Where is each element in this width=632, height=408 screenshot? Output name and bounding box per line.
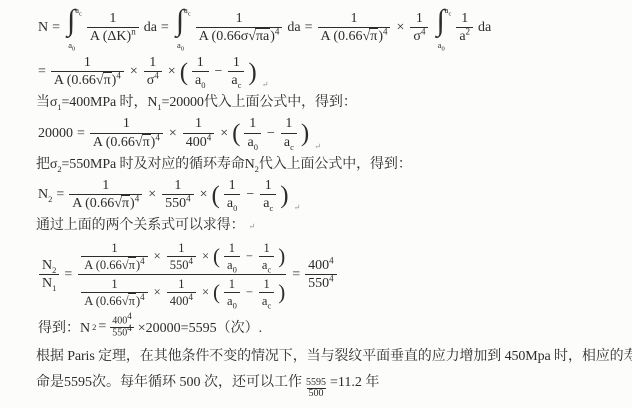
symbol-N: N: [42, 276, 52, 291]
exponent-4: 4: [140, 256, 145, 266]
numerator: 1: [99, 178, 112, 194]
denominator: a0: [224, 194, 240, 212]
fraction-one-over-A066pi: 1 A (0.66√π)4: [69, 178, 142, 212]
den-prefix: A (0.66: [84, 258, 122, 272]
text-line-sigma1: 当σ1=400MPa 时，N1=20000代入上面公式中，得到：: [36, 93, 630, 113]
fraction-400e4-over-550e4: 4004 5504: [305, 258, 337, 292]
denominator: ac: [228, 71, 244, 89]
fraction-one-over-sigma4: 1 σ4: [144, 55, 162, 89]
exponent-4: 4: [329, 255, 334, 265]
close-paren: ): [278, 246, 285, 267]
close-paren: ): [248, 60, 256, 85]
close-paren: ): [280, 183, 288, 208]
paragraph-mark: ↵: [249, 222, 256, 231]
fraction-N2-over-N1: N2 N1: [39, 258, 59, 292]
sub-0: 0: [201, 80, 205, 90]
denominator: 5504: [162, 194, 194, 212]
text-line-relation: 通过上面的两个关系式可以求得：↵: [36, 216, 630, 236]
radicand: π: [128, 293, 136, 308]
radicand: π: [142, 134, 151, 150]
big-numerator: 1 A (0.66√π)4 × 1 5504 × ( 1 a0 −: [78, 241, 286, 272]
exponent-n: n: [131, 26, 136, 36]
exponent-4: 4: [275, 26, 280, 36]
times-sign: ×: [200, 187, 208, 203]
differential-da: da: [144, 20, 157, 36]
equation-line-4: N2 = 1 A (0.66√π)4 × 1 5504 × ( 1 a0 − 1…: [36, 178, 630, 212]
text-line-sigma2: 把σ2=550MPa 时及对应的循环寿命N2代入上面公式中，得到：: [36, 155, 630, 175]
lower-bound: a0: [68, 41, 82, 50]
close-paren: ): [278, 282, 285, 303]
den-text: A (ΔK): [90, 29, 131, 44]
equals-sign: =: [98, 319, 106, 335]
integral: ∫ ac a0: [436, 6, 451, 50]
fraction-one-over-550e4: 1 5504: [162, 178, 194, 212]
minus-sign: −: [267, 126, 275, 142]
fraction-one-over-A066pi: 1 A (0.66√π)4: [51, 55, 124, 89]
value-400: 400: [186, 135, 207, 150]
denominator: 5504: [305, 274, 337, 292]
text-part: 把σ: [36, 157, 57, 172]
equation-line-6: 得到：N2 = 4004 5504 ×20000=5595（次）.: [36, 316, 630, 339]
equals-sign: =: [56, 187, 64, 203]
upper-bound: ac: [75, 6, 82, 15]
denominator: A (ΔK)n: [87, 27, 139, 45]
exponent-4: 4: [186, 193, 191, 203]
text-line-years: 命是5595次。每年循环 500 次，还可以工作 5595 500 =11.2 …: [36, 370, 630, 392]
big-denominator: 1 A (0.66√π)4 × 1 4004 × ( 1 a0 −: [78, 274, 286, 308]
integral: ∫ ac a0: [176, 6, 191, 50]
times-sign: ×: [220, 126, 228, 142]
fraction-one-over-AdK: 1 A (ΔK)n: [87, 11, 139, 45]
denominator: A (0.66√π)4: [90, 133, 163, 151]
fraction-one-over-A066pi: 1 A (0.66√π)4: [81, 241, 147, 272]
denominator: 4004: [183, 133, 215, 151]
fraction-one-over-a0: 1 a0: [192, 55, 208, 89]
integral-bounds: ac a0: [75, 6, 82, 50]
numerator: 1: [108, 241, 120, 255]
sub-0: 0: [233, 203, 237, 213]
sub-c: c: [269, 203, 273, 213]
exponent-4: 4: [188, 291, 193, 301]
exponent-2: 2: [466, 26, 471, 36]
bound-sub: 0: [181, 46, 184, 53]
sub-c: c: [238, 80, 242, 90]
text-part: =400MPa 时，N: [62, 95, 158, 110]
lower-bound: a0: [438, 41, 452, 50]
value-400: 400: [112, 315, 127, 326]
bound-sub: 0: [441, 46, 444, 53]
bound-sub: c: [448, 11, 451, 18]
value-550: 550: [170, 258, 189, 272]
value-550: 550: [165, 196, 186, 211]
fraction-one-over-400e4: 1 4004: [183, 116, 215, 150]
differential-da: da: [478, 20, 491, 36]
exponent-4: 4: [207, 132, 212, 142]
fraction-one-over-ac: 1 ac: [281, 116, 297, 150]
numerator: 1: [226, 178, 239, 194]
symbol-N: N: [38, 20, 48, 36]
minus-sign: −: [246, 249, 253, 264]
paragraph-mark: ↵: [262, 80, 269, 89]
exponent-4: 4: [329, 273, 334, 283]
paren-difference: ( 1 a0 − 1 ac ): [211, 178, 290, 212]
equals-sign: =: [64, 267, 72, 283]
big-ratio-fraction: 1 A (0.66√π)4 × 1 5504 × ( 1 a0 −: [78, 241, 286, 308]
symbol-N: N: [38, 187, 48, 202]
times-sign: ×: [168, 64, 176, 80]
fraction-one-over-sigma4: 1 σ4: [410, 11, 428, 45]
fraction-one-over-A066pi: 1 A (0.66√π)4: [90, 116, 163, 150]
numerator: 1: [262, 178, 275, 194]
denominator: N1: [39, 274, 59, 292]
upper-bound: ac: [184, 6, 191, 15]
times-sign: ×: [154, 285, 161, 300]
den-prefix: A (0.66: [54, 73, 96, 88]
fraction-one-over-A066pi: 1 A (0.66√π)4: [318, 11, 391, 45]
symbol-N: N: [42, 258, 52, 273]
text-part: 通过上面的两个关系式可以求得：: [36, 218, 245, 233]
denominator: A (0.66√π)4: [318, 27, 391, 45]
fraction-5595-over-500: 5595 500: [304, 378, 328, 400]
equation-line-3: 20000 = 1 A (0.66√π)4 × 1 4004 × ( 1 a0 …: [36, 116, 630, 150]
numerator: 1: [348, 11, 361, 27]
text-part: =11.2 年: [330, 371, 379, 391]
den-prefix: A (0.66: [93, 135, 135, 150]
fraction-one-over-ac: 1 ac: [259, 241, 274, 272]
bound-sub: 0: [72, 46, 75, 53]
denominator: σ4: [144, 71, 162, 89]
denominator: A (0.66√π)4: [51, 71, 124, 89]
text-part: 得到：N: [38, 317, 90, 337]
numerator: 1: [246, 116, 259, 132]
denominator: a2: [456, 27, 473, 45]
fraction-one-over-A066sigma: 1 A (0.66σ√πa)4: [196, 11, 283, 45]
exponent-4: 4: [421, 26, 426, 36]
times-sign: ×: [202, 285, 209, 300]
numerator: N2: [39, 258, 59, 274]
denominator: ac: [260, 194, 276, 212]
denominator: 4004: [167, 292, 196, 308]
radicand: π: [128, 257, 136, 272]
minus-sign: −: [246, 187, 254, 203]
value-550: 550: [112, 327, 127, 338]
denominator: a0: [192, 71, 208, 89]
numerator: 5595: [304, 378, 328, 389]
times-sign: ×: [154, 249, 161, 264]
fraction-one-over-A066pi: 1 A (0.66√π)4: [81, 277, 147, 308]
equation-line-2: = 1 A (0.66√π)4 × 1 σ4 × ( 1 a0 − 1 ac )…: [36, 55, 630, 89]
denominator: 5504: [110, 327, 134, 339]
exponent-4: 4: [154, 70, 159, 80]
numerator: 1: [260, 277, 272, 291]
open-paren: (: [180, 60, 188, 85]
fraction-one-over-a0: 1 a0: [244, 116, 260, 150]
exponent-4: 4: [140, 291, 145, 301]
denominator: ac: [281, 133, 297, 151]
radicand: π: [121, 195, 130, 211]
lower-bound: a0: [177, 41, 191, 50]
open-paren: (: [213, 246, 220, 267]
equation-line-5: N2 N1 = 1 A (0.66√π)4 × 1 5504 × ( 1: [36, 241, 630, 308]
numerator: 1: [106, 11, 119, 27]
fraction-one-over-a2: 1 a2: [456, 11, 473, 45]
numerator: 1: [108, 277, 120, 291]
sigma-symbol: σ: [413, 29, 421, 44]
value-400: 400: [170, 294, 189, 308]
numerator: 1: [194, 55, 207, 71]
fraction-one-over-ac: 1 ac: [228, 55, 244, 89]
text-part: 当σ: [36, 95, 57, 110]
text-line-paris: 根据 Paris 定理，在其他条件不变的情况下，当与裂纹平面垂直的应力增加到 4…: [36, 347, 630, 367]
paragraph-mark: ↵: [294, 203, 301, 212]
denominator: σ4: [410, 27, 428, 45]
fraction-400e4-over-550e4-small: 4004 5504: [110, 316, 134, 339]
numerator: 1: [81, 55, 94, 71]
denominator: 5504: [167, 256, 196, 272]
equals-sign: =: [292, 267, 300, 283]
exponent-4: 4: [135, 193, 140, 203]
open-paren: (: [213, 282, 220, 303]
sub-0: 0: [254, 141, 258, 151]
fraction-one-over-ac: 1 ac: [259, 277, 274, 308]
paren-difference: ( 1 a0 − 1 ac ): [212, 241, 286, 272]
equals-sign: =: [305, 20, 313, 36]
denominator: a0: [244, 133, 260, 151]
numerator: 1: [171, 178, 184, 194]
upper-bound: ac: [445, 6, 452, 15]
numerator: 1: [226, 241, 238, 255]
close-paren: ): [301, 121, 309, 146]
numerator: 1: [146, 55, 159, 71]
fraction-one-over-550e4: 1 5504: [167, 241, 196, 272]
den-prefix: A (0.66: [84, 294, 122, 308]
value-400: 400: [308, 258, 329, 273]
result-text: ×20000=5595（次）.: [138, 317, 262, 337]
equals-sign: =: [52, 20, 60, 36]
minus-sign: −: [215, 64, 223, 80]
times-sign: ×: [169, 126, 177, 142]
sub-c: c: [267, 264, 271, 274]
symbol-N2: N2: [38, 187, 52, 203]
exponent-4: 4: [127, 311, 132, 321]
text-part: 代入上面公式中，得到：: [259, 157, 412, 172]
numerator: 1: [175, 277, 187, 291]
value-550: 550: [308, 276, 329, 291]
sub-1: 1: [52, 283, 56, 293]
bound-sub: c: [188, 11, 191, 18]
exponent-4: 4: [188, 256, 193, 266]
sub-c: c: [290, 141, 294, 151]
numerator: 1: [260, 241, 272, 255]
denominator: a0: [224, 256, 240, 272]
numerator: 1: [226, 277, 238, 291]
numerator: 1: [282, 116, 295, 132]
den-prefix: A (0.66σ: [199, 29, 249, 44]
denominator: a0: [224, 292, 240, 308]
minus-sign: −: [246, 285, 253, 300]
times-sign: ×: [130, 64, 138, 80]
times-sign: ×: [148, 187, 156, 203]
paren-difference: ( 1 a0 − 1 ac ): [179, 55, 258, 89]
value-20000: 20000: [38, 126, 73, 142]
text-part: 命是5595次。每年循环 500 次，还可以工作: [36, 371, 302, 391]
denominator: A (0.66√π)4: [81, 292, 147, 308]
denominator: A (0.66√π)4: [69, 194, 142, 212]
text-part: =20000代入上面公式中，得到：: [162, 95, 357, 110]
exponent-4: 4: [116, 70, 121, 80]
exponent-4: 4: [383, 26, 388, 36]
open-paren: (: [232, 121, 240, 146]
numerator: 1: [175, 241, 187, 255]
equals-sign: =: [77, 126, 85, 142]
text-part: 根据 Paris 定理，在其他条件不变的情况下，当与裂纹平面垂直的应力增加到 4…: [36, 349, 632, 364]
integral-bounds: ac a0: [445, 6, 452, 50]
sub-2: 2: [48, 194, 52, 204]
fraction-one-over-a0: 1 a0: [224, 277, 240, 308]
denominator: A (0.66σ√πa)4: [196, 27, 283, 45]
open-paren: (: [212, 183, 220, 208]
numerator: 1: [458, 11, 471, 27]
fraction-one-over-a0: 1 a0: [224, 178, 240, 212]
equals-sign: =: [161, 20, 169, 36]
sub-0: 0: [233, 264, 237, 274]
radicand: π: [369, 28, 378, 44]
fraction-one-over-ac: 1 ac: [260, 178, 276, 212]
denominator: 500: [307, 388, 326, 400]
sub-c: c: [267, 300, 271, 310]
text-part: =550MPa 时及对应的循环寿命N: [62, 157, 255, 172]
denominator: ac: [259, 292, 274, 308]
numerator: 1: [230, 55, 243, 71]
exponent-4: 4: [155, 132, 160, 142]
paren-difference: ( 1 a0 − 1 ac ): [212, 277, 286, 308]
fraction-one-over-a0: 1 a0: [224, 241, 240, 272]
sub-0: 0: [233, 300, 237, 310]
radicand: πa: [255, 28, 270, 44]
exponent-4: 4: [127, 323, 132, 333]
times-sign: ×: [202, 249, 209, 264]
numerator: 1: [192, 116, 205, 132]
numerator: 4004: [305, 258, 337, 274]
paragraph-mark: ↵: [314, 142, 321, 151]
fraction-one-over-400e4: 1 4004: [167, 277, 196, 308]
integral: ∫ ac a0: [67, 6, 82, 50]
den-prefix: A (0.66: [72, 196, 114, 211]
denominator: A (0.66√π)4: [81, 256, 147, 272]
numerator: 1: [120, 116, 133, 132]
numerator: 1: [413, 11, 426, 27]
denominator: ac: [259, 256, 274, 272]
numerator: 1: [233, 11, 246, 27]
equation-line-1: N = ∫ ac a0 1 A (ΔK)n da = ∫ ac a0 1 A (…: [36, 6, 630, 50]
times-sign: ×: [396, 20, 404, 36]
radicand: π: [103, 72, 112, 88]
equals-sign: =: [38, 64, 46, 80]
integral-bounds: ac a0: [184, 6, 191, 50]
paren-difference: ( 1 a0 − 1 ac ): [231, 116, 310, 150]
bound-sub: c: [79, 11, 82, 18]
den-prefix: A (0.66: [321, 29, 363, 44]
document-page: N = ∫ ac a0 1 A (ΔK)n da = ∫ ac a0 1 A (…: [0, 0, 632, 408]
differential-da: da: [287, 20, 300, 36]
